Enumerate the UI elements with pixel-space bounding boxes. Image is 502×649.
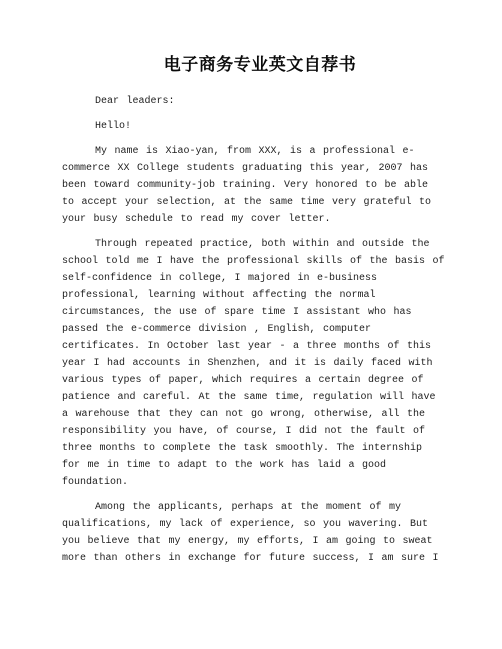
body-paragraph-experience: Through repeated practice, both within a… [62, 236, 458, 491]
body-paragraph-closing: Among the applicants, perhaps at the mom… [62, 499, 458, 567]
document-page: 电子商务专业英文自荐书 Dear leaders: Hello! My name… [0, 0, 502, 649]
body-paragraph-intro: My name is Xiao-yan, from XXX, is a prof… [62, 143, 458, 228]
document-title: 电子商务专业英文自荐书 [62, 52, 458, 78]
greeting-line: Hello! [62, 118, 458, 135]
salutation-line: Dear leaders: [62, 93, 458, 110]
